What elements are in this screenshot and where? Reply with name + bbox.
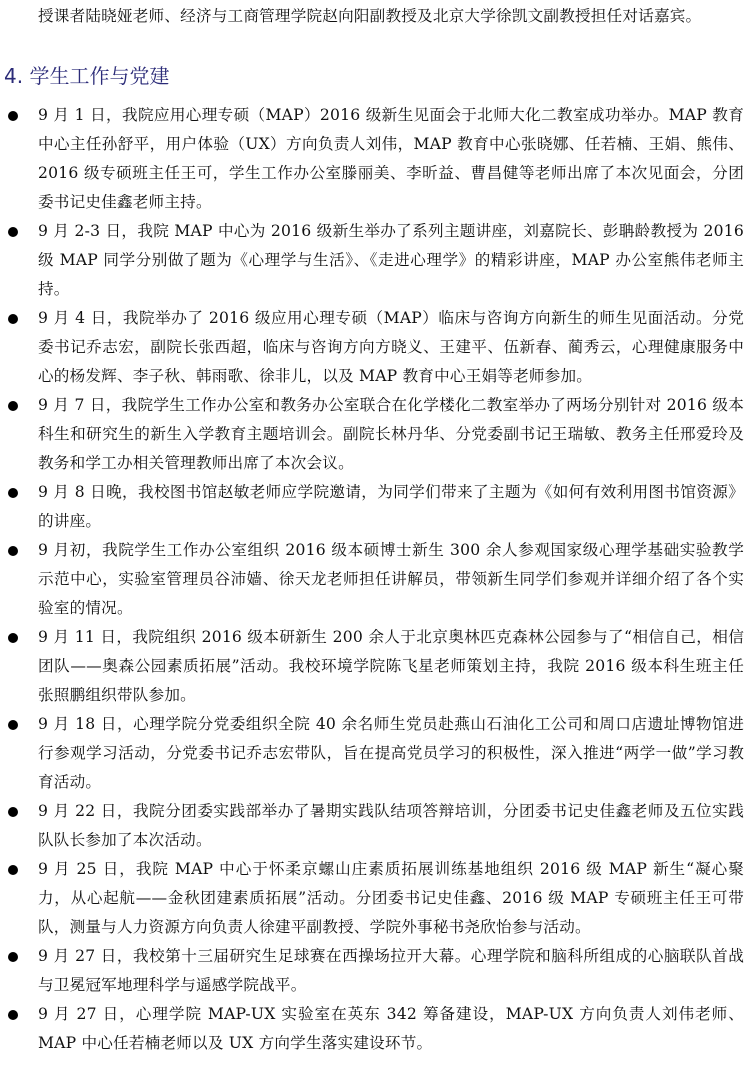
bullet-icon [8,546,18,556]
list-item-text: 9 月 27 日，心理学院 MAP-UX 实验室在英东 342 筹备建设，MAP… [38,1005,744,1052]
list-item: 9 月 8 日晚，我校图书馆赵敏老师应学院邀请，为同学们带来了主题为《如何有效利… [0,478,744,536]
list-item-text: 9 月 7 日，我院学生工作办公室和教务办公室联合在化学楼化二教室举办了两场分别… [38,396,744,472]
bullet-icon [8,720,18,730]
list-item-text: 9 月 11 日，我院组织 2016 级本研新生 200 余人于北京奥林匹克森林… [38,628,744,704]
section-heading: 4. 学生工作与党建 [4,62,169,90]
list-item-text: 9 月 4 日，我院举办了 2016 级应用心理专硕（MAP）临床与咨询方向新生… [38,309,744,385]
bullet-icon [8,807,18,817]
bullet-icon [8,227,18,237]
list-item: 9 月 18 日，心理学院分党委组织全院 40 余名师生党员赴燕山石油化工公司和… [0,710,744,797]
list-item: 9 月 1 日，我院应用心理专硕（MAP）2016 级新生见面会于北师大化二教室… [0,101,744,217]
bullet-icon [8,633,18,643]
list-item: 9 月初，我院学生工作办公室组织 2016 级本硕博士新生 300 余人参观国家… [0,536,744,623]
list-item: 9 月 4 日，我院举办了 2016 级应用心理专硕（MAP）临床与咨询方向新生… [0,304,744,391]
list-item-text: 9 月 1 日，我院应用心理专硕（MAP）2016 级新生见面会于北师大化二教室… [38,106,744,211]
list-item: 9 月 11 日，我院组织 2016 级本研新生 200 余人于北京奥林匹克森林… [0,623,744,710]
bullet-icon [8,401,18,411]
list-item: 9 月 22 日，我院分团委实践部举办了暑期实践队结项答辩培训，分团委书记史佳鑫… [0,797,744,855]
bullet-icon [8,1010,18,1020]
bullet-icon [8,952,18,962]
list-item-text: 9 月 27 日，我校第十三届研究生足球赛在西操场拉开大幕。心理学院和脑科所组成… [38,947,744,994]
bullet-icon [8,314,18,324]
list-item-text: 9 月 8 日晚，我校图书馆赵敏老师应学院邀请，为同学们带来了主题为《如何有效利… [38,483,744,530]
list-item-text: 9 月初，我院学生工作办公室组织 2016 级本硕博士新生 300 余人参观国家… [38,541,744,617]
activity-list: 9 月 1 日，我院应用心理专硕（MAP）2016 级新生见面会于北师大化二教室… [0,101,750,1058]
bullet-icon [8,111,18,121]
list-item-text: 9 月 18 日，心理学院分党委组织全院 40 余名师生党员赴燕山石油化工公司和… [38,715,744,791]
list-item-text: 9 月 22 日，我院分团委实践部举办了暑期实践队结项答辩培训，分团委书记史佳鑫… [38,802,744,849]
list-item: 9 月 27 日，我校第十三届研究生足球赛在西操场拉开大幕。心理学院和脑科所组成… [0,942,744,1000]
list-item-text: 9 月 25 日，我院 MAP 中心于怀柔京螺山庄素质拓展训练基地组织 2016… [38,860,744,936]
bullet-icon [8,488,18,498]
list-item: 9 月 7 日，我院学生工作办公室和教务办公室联合在化学楼化二教室举办了两场分别… [0,391,744,478]
list-item: 9 月 2-3 日，我院 MAP 中心为 2016 级新生举办了系列主题讲座，刘… [0,217,744,304]
list-item: 9 月 25 日，我院 MAP 中心于怀柔京螺山庄素质拓展训练基地组织 2016… [0,855,744,942]
list-item-text: 9 月 2-3 日，我院 MAP 中心为 2016 级新生举办了系列主题讲座，刘… [38,222,744,298]
list-item: 9 月 27 日，心理学院 MAP-UX 实验室在英东 342 筹备建设，MAP… [0,1000,744,1058]
continuation-paragraph: 授课者陆晓娅老师、经济与工商管理学院赵向阳副教授及北京大学徐凯文副教授担任对话嘉… [38,2,744,31]
bullet-icon [8,865,18,875]
